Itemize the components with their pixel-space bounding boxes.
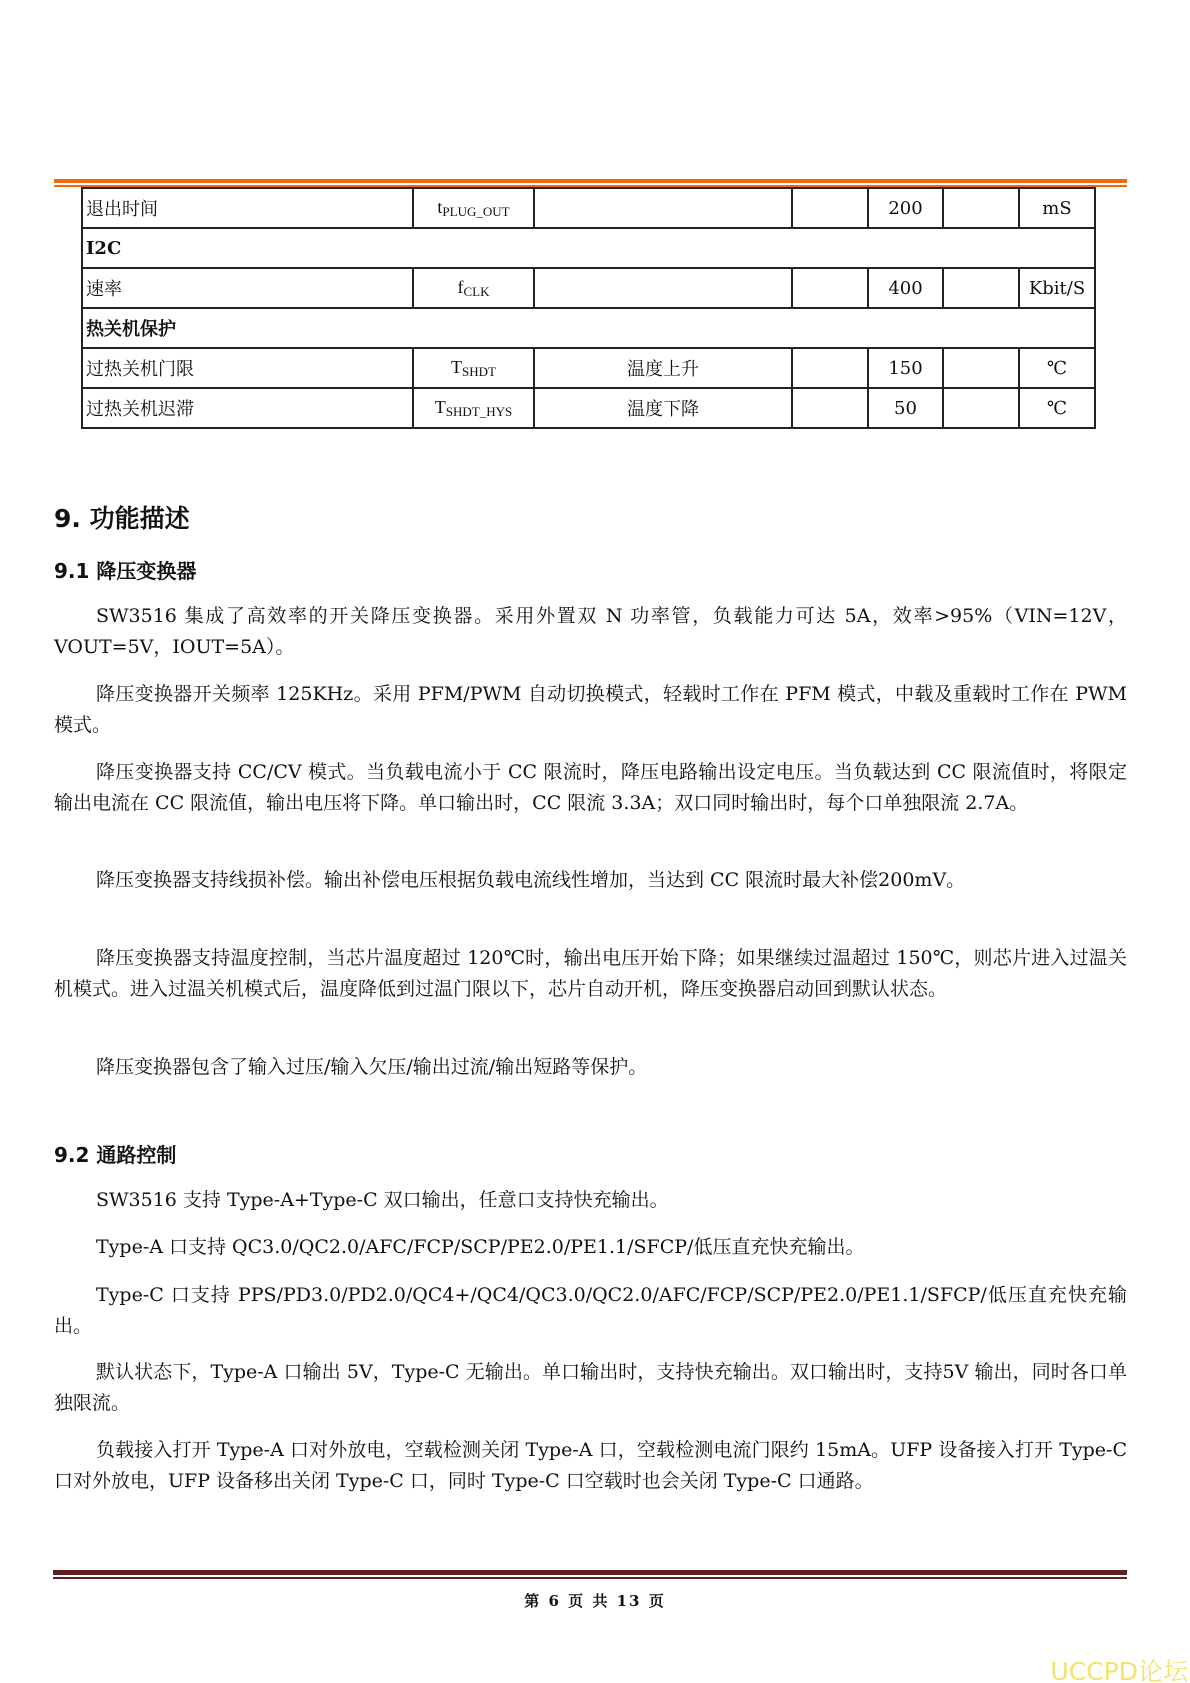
param-typ: 150 bbox=[868, 348, 943, 388]
param-max bbox=[943, 268, 1019, 308]
param-name: 过热关机门限 bbox=[82, 348, 413, 388]
param-max bbox=[943, 388, 1019, 428]
paragraph: 降压变换器支持线损补偿。输出补偿电压根据负载电流线性增加，当达到 CC 限流时最… bbox=[54, 865, 1127, 896]
paragraph: Type-C 口支持 PPS/PD3.0/PD2.0/QC4+/QC4/QC3.… bbox=[54, 1280, 1127, 1342]
paragraph: 默认状态下，Type-A 口输出 5V，Type-C 无输出。单口输出时，支持快… bbox=[54, 1357, 1127, 1419]
param-condition: 温度上升 bbox=[534, 348, 792, 388]
paragraph: 降压变换器支持温度控制，当芯片温度超过 120℃时，输出电压开始下降；如果继续过… bbox=[54, 943, 1127, 1005]
param-min bbox=[792, 188, 868, 228]
param-symbol: tPLUG_OUT bbox=[413, 188, 534, 228]
footer-rule-thin bbox=[53, 1577, 1127, 1579]
param-unit: ℃ bbox=[1019, 388, 1095, 428]
param-name: 过热关机迟滞 bbox=[82, 388, 413, 428]
param-typ: 50 bbox=[868, 388, 943, 428]
table-row: 过热关机门限 TSHDT 温度上升 150 ℃ bbox=[82, 348, 1095, 388]
footer-rule-thick bbox=[53, 1570, 1127, 1575]
section-label: I2C bbox=[82, 228, 1095, 268]
paragraph: 降压变换器支持 CC/CV 模式。当负载电流小于 CC 限流时，降压电路输出设定… bbox=[54, 757, 1127, 819]
paragraph: SW3516 支持 Type-A+Type-C 双口输出，任意口支持快充输出。 bbox=[54, 1185, 1127, 1216]
param-name: 退出时间 bbox=[82, 188, 413, 228]
param-symbol: TSHDT_HYS bbox=[413, 388, 534, 428]
param-min bbox=[792, 388, 868, 428]
header-rule-thick bbox=[54, 179, 1127, 183]
table-section-row: I2C bbox=[82, 228, 1095, 268]
section-9-1-title: 9.1 降压变换器 bbox=[54, 555, 196, 584]
table-row: 退出时间 tPLUG_OUT 200 mS bbox=[82, 188, 1095, 228]
param-max bbox=[943, 348, 1019, 388]
table-row: 过热关机迟滞 TSHDT_HYS 温度下降 50 ℃ bbox=[82, 388, 1095, 428]
paragraph: 降压变换器开关频率 125KHz。采用 PFM/PWM 自动切换模式，轻载时工作… bbox=[54, 679, 1127, 741]
section-9-2-title: 9.2 通路控制 bbox=[54, 1139, 176, 1168]
paragraph: 降压变换器包含了输入过压/输入欠压/输出过流/输出短路等保护。 bbox=[54, 1052, 1127, 1083]
paragraph: 负载接入打开 Type-A 口对外放电，空载检测关闭 Type-A 口，空载检测… bbox=[54, 1435, 1127, 1497]
param-typ: 200 bbox=[868, 188, 943, 228]
param-condition bbox=[534, 188, 792, 228]
spec-table: 退出时间 tPLUG_OUT 200 mS I2C 速率 fCLK 400 Kb… bbox=[81, 187, 1096, 429]
param-symbol: TSHDT bbox=[413, 348, 534, 388]
param-unit: mS bbox=[1019, 188, 1095, 228]
watermark: UCCPD论坛 bbox=[1050, 1652, 1188, 1683]
table-section-row: 热关机保护 bbox=[82, 308, 1095, 348]
param-condition: 温度下降 bbox=[534, 388, 792, 428]
param-condition bbox=[534, 268, 792, 308]
param-min bbox=[792, 348, 868, 388]
page-number: 第 6 页 共 13 页 bbox=[0, 1590, 1190, 1611]
table-row: 速率 fCLK 400 Kbit/S bbox=[82, 268, 1095, 308]
paragraph: SW3516 集成了高效率的开关降压变换器。采用外置双 N 功率管，负载能力可达… bbox=[54, 601, 1127, 663]
param-typ: 400 bbox=[868, 268, 943, 308]
param-unit: ℃ bbox=[1019, 348, 1095, 388]
param-max bbox=[943, 188, 1019, 228]
paragraph: Type-A 口支持 QC3.0/QC2.0/AFC/FCP/SCP/PE2.0… bbox=[54, 1232, 1127, 1263]
param-unit: Kbit/S bbox=[1019, 268, 1095, 308]
section-9-title: 9. 功能描述 bbox=[54, 499, 190, 535]
param-symbol: fCLK bbox=[413, 268, 534, 308]
param-name: 速率 bbox=[82, 268, 413, 308]
param-min bbox=[792, 268, 868, 308]
section-label: 热关机保护 bbox=[82, 308, 1095, 348]
